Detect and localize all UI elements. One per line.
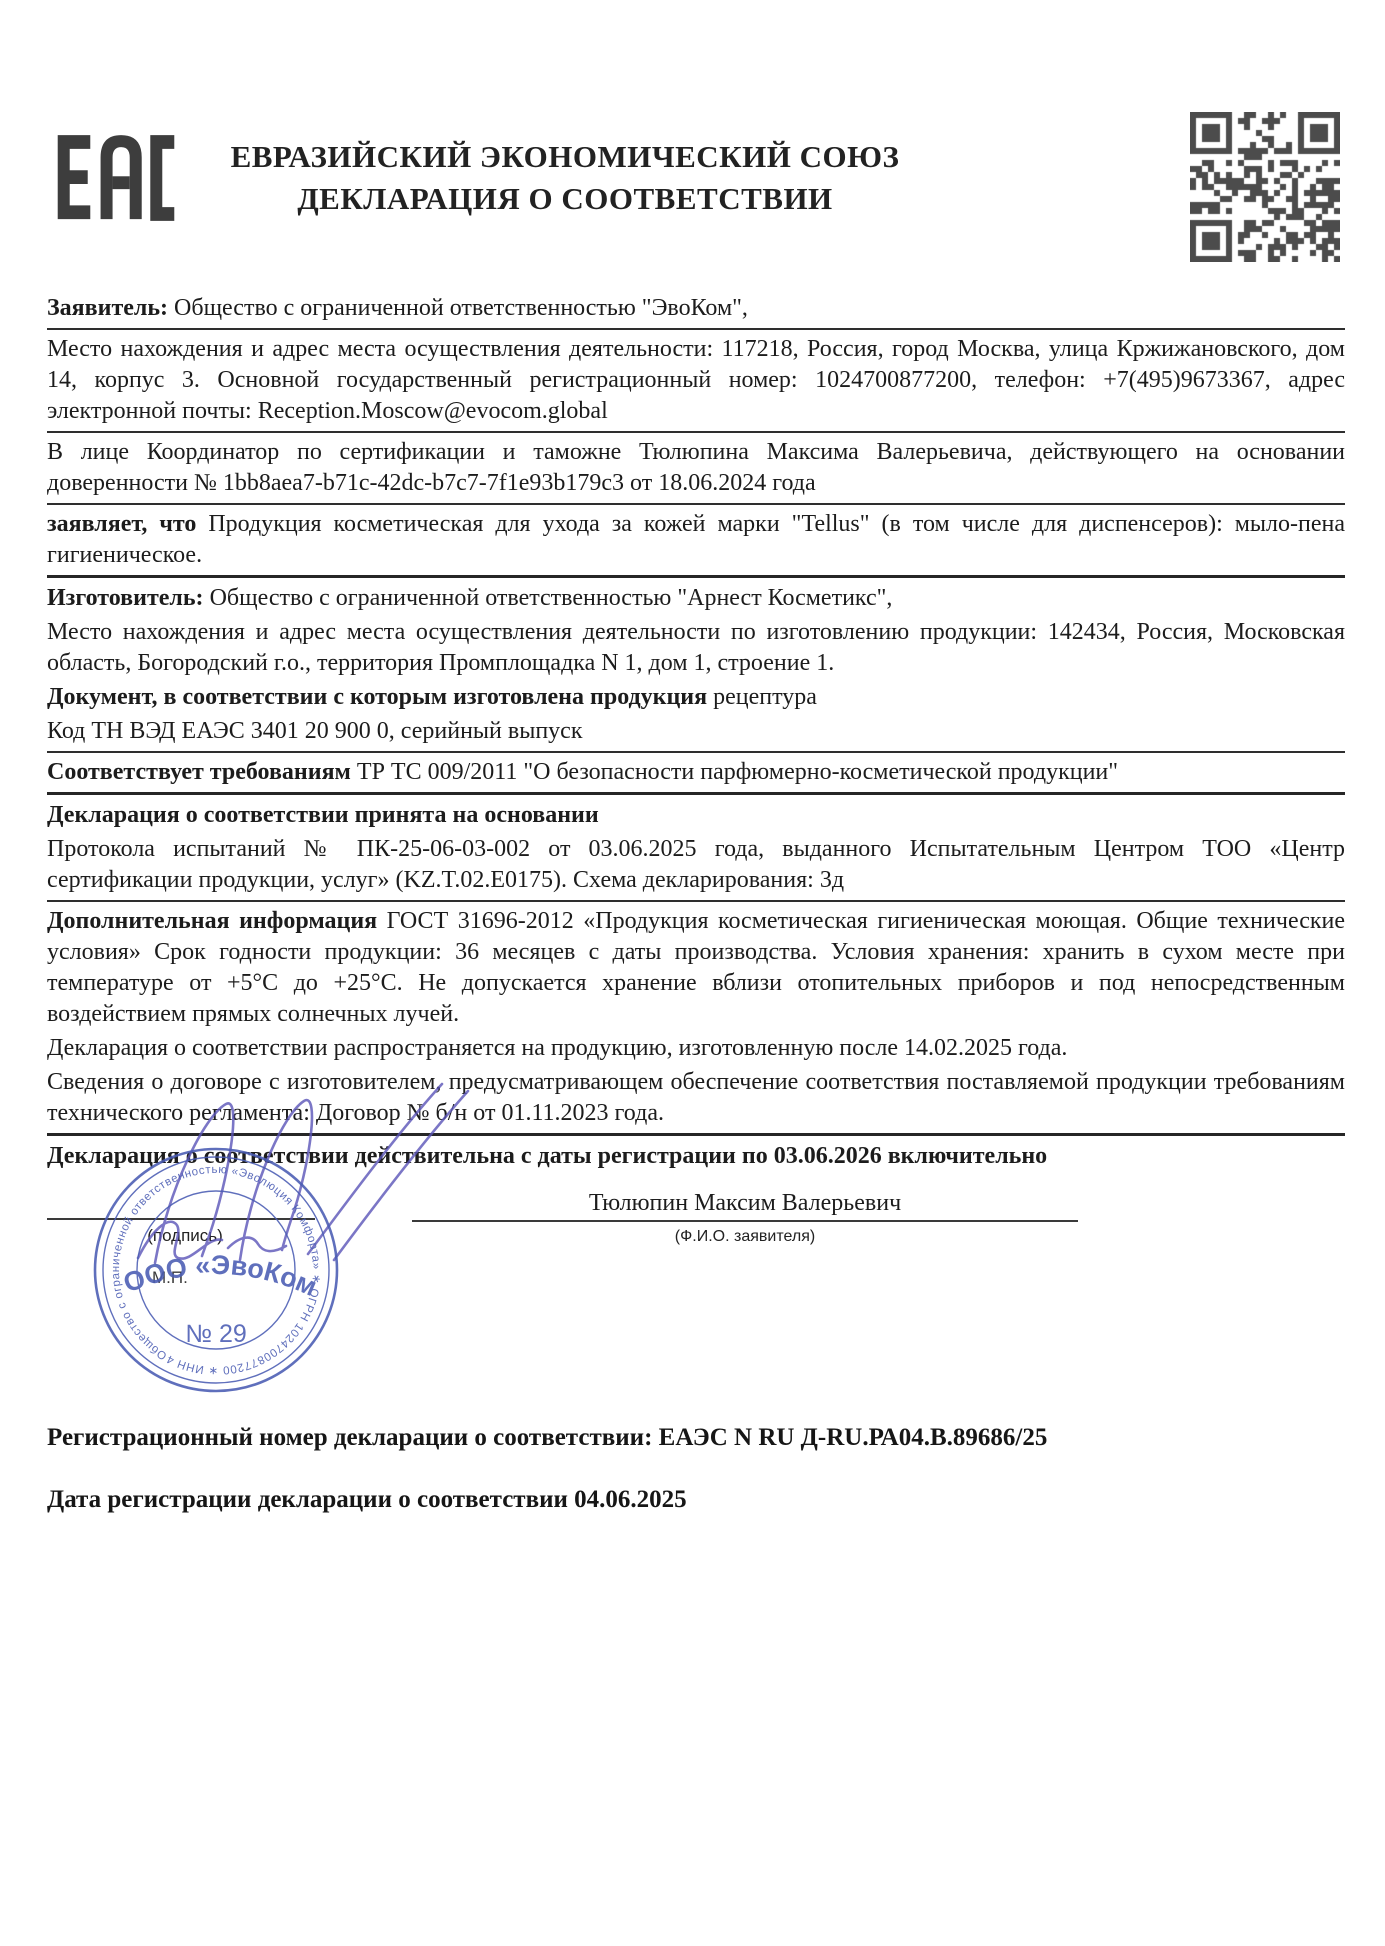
field-applicant: Заявитель: Общество с ограниченной ответ… <box>47 292 1345 330</box>
field-value: Общество с ограниченной ответственностью… <box>204 585 893 611</box>
field-additional-info: Дополнительная информация ГОСТ 31696-201… <box>47 905 1345 1032</box>
field-label: Заявитель: <box>47 295 168 321</box>
field-adopted-on-basis-heading: Декларация о соответствии принята на осн… <box>47 799 1345 833</box>
field-declares: заявляет, что Продукция косметическая дл… <box>47 508 1345 578</box>
field-value: ТР ТС 009/2011 "О безопасности парфюмерн… <box>351 759 1118 785</box>
title-line-1: ЕВРАЗИЙСКИЙ ЭКОНОМИЧЕСКИЙ СОЮЗ <box>150 136 980 178</box>
company-stamp: Общество с ограниченной ответственностью… <box>88 1142 344 1398</box>
field-value: Протокола испытаний № ПК-25-06-03-002 от… <box>47 836 1345 893</box>
field-production-document: Документ, в соответствии с которым изгот… <box>47 681 1345 715</box>
field-complies-with: Соответствует требованиям ТР ТС 009/2011… <box>47 756 1345 795</box>
field-label: заявляет, что <box>47 511 196 537</box>
field-label: Декларация о соответствии принята на осн… <box>47 802 599 828</box>
field-label: Изготовитель: <box>47 585 204 611</box>
svg-text:ООО «ЭвоКом»: ООО «ЭвоКом» <box>88 1142 321 1302</box>
qr-code-icon <box>1190 112 1340 262</box>
field-value: рецептура <box>707 684 817 710</box>
declaration-body: Заявитель: Общество с ограниченной ответ… <box>47 292 1345 1174</box>
declaration-document: ЕВРАЗИЙСКИЙ ЭКОНОМИЧЕСКИЙ СОЮЗ ДЕКЛАРАЦИ… <box>0 0 1385 1946</box>
field-label: Дополнительная информация <box>47 908 377 934</box>
page-title: ЕВРАЗИЙСКИЙ ЭКОНОМИЧЕСКИЙ СОЮЗ ДЕКЛАРАЦИ… <box>150 136 980 220</box>
registration-number-line: Регистрационный номер декларации о соотв… <box>47 1424 1345 1452</box>
field-value: Место нахождения и адрес места осуществл… <box>47 619 1345 676</box>
field-representative: В лице Координатор по сертификации и там… <box>47 436 1345 505</box>
title-line-2: ДЕКЛАРАЦИЯ О СООТВЕТСТВИИ <box>150 178 980 220</box>
field-value: Код ТН ВЭД ЕАЭС 3401 20 900 0, серийный … <box>47 718 583 744</box>
field-manufacturer-address: Место нахождения и адрес места осуществл… <box>47 616 1345 681</box>
field-label: Документ, в соответствии с которым изгот… <box>47 684 707 710</box>
field-applicant-address: Место нахождения и адрес места осуществл… <box>47 333 1345 433</box>
field-value: Продукция косметическая для ухода за кож… <box>47 511 1345 568</box>
field-tnved-code: Код ТН ВЭД ЕАЭС 3401 20 900 0, серийный … <box>47 715 1345 753</box>
field-label: Соответствует требованиям <box>47 759 351 785</box>
field-value: Общество с ограниченной ответственностью… <box>168 295 748 321</box>
field-value: В лице Координатор по сертификации и там… <box>47 439 1345 496</box>
stamp-company-name: ООО «ЭвоКом» <box>88 1142 321 1302</box>
field-manufacturer: Изготовитель: Общество с ограниченной от… <box>47 582 1345 616</box>
stamp-number: № 29 <box>185 1320 247 1348</box>
field-test-protocol: Протокола испытаний № ПК-25-06-03-002 от… <box>47 833 1345 902</box>
registration-date-line: Дата регистрации декларации о соответств… <box>47 1486 1345 1514</box>
field-value: Место нахождения и адрес места осуществл… <box>47 336 1345 424</box>
